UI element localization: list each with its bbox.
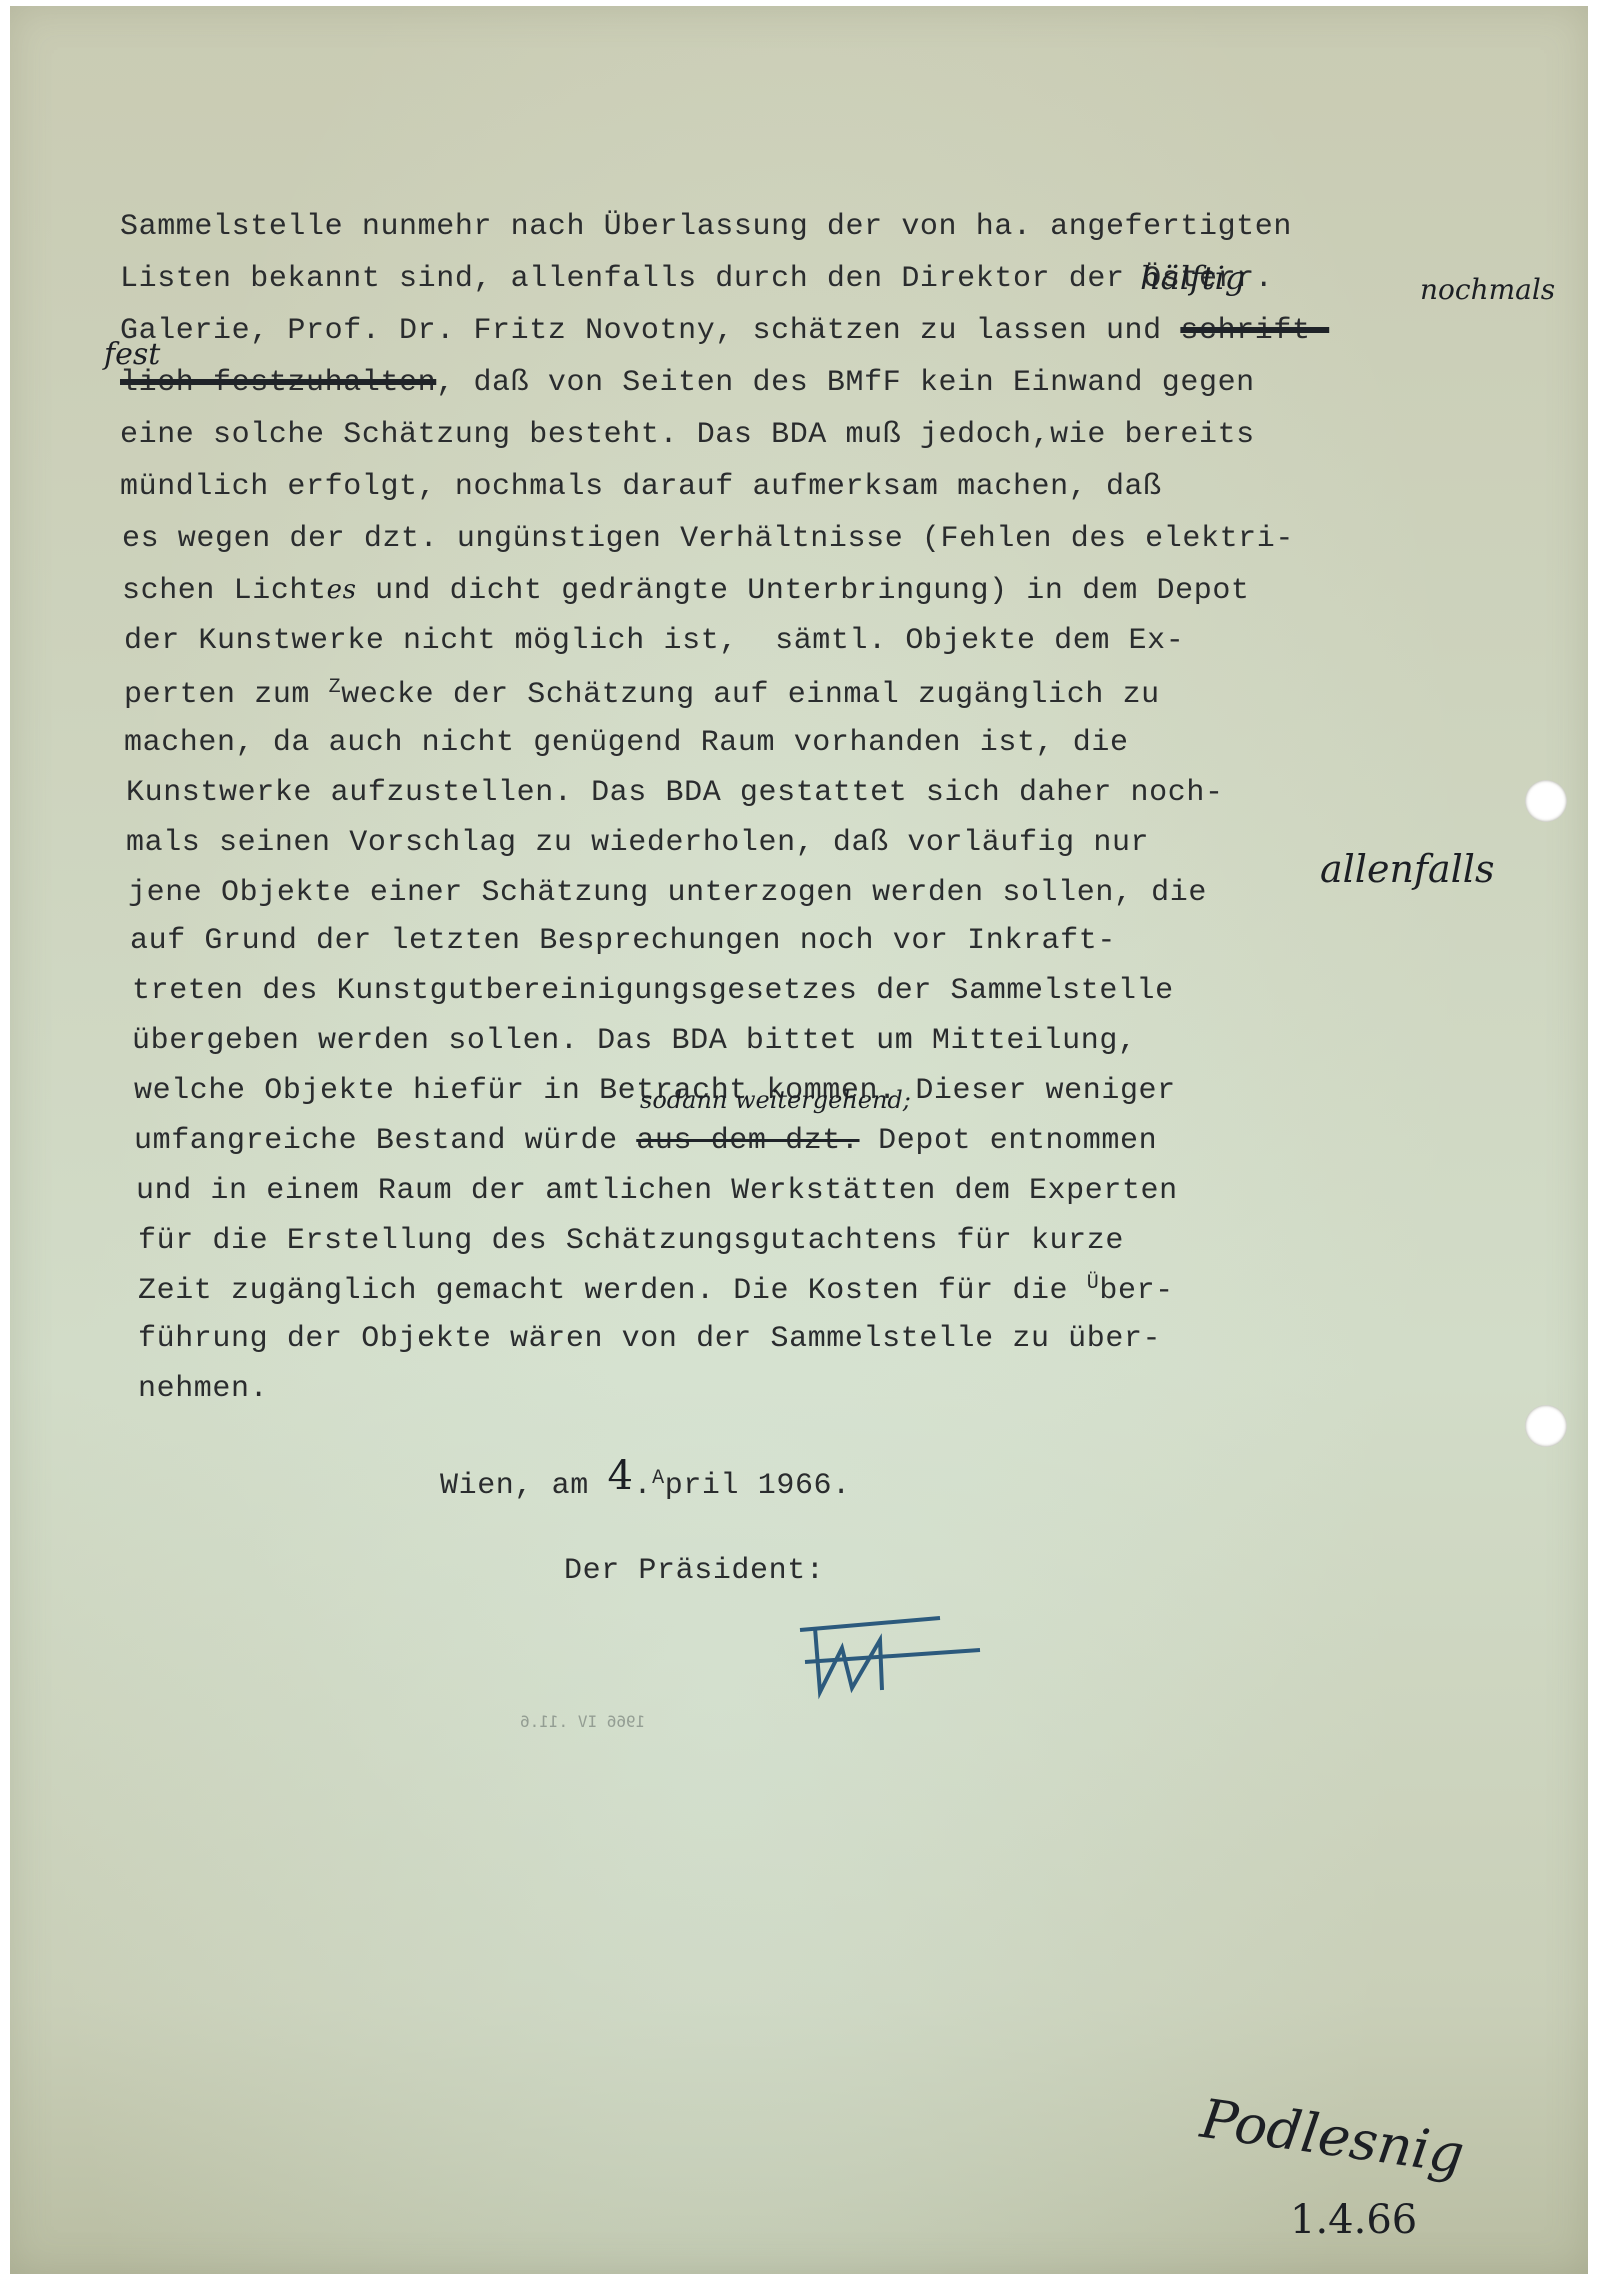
text-line-11: machen, da auch nicht genügend Raum vorh… — [124, 728, 1129, 758]
text-line-13: mals seinen Vorschlag zu wiederholen, da… — [126, 828, 1149, 858]
text-line-4: lich festzuhalten, daß von Seiten des BM… — [120, 368, 1255, 398]
text-line-1: Sammelstelle nunmehr nach Überlassung de… — [120, 212, 1292, 242]
signatory-title: Der Präsident: — [564, 1556, 824, 1586]
text-line-21: für die Erstellung des Schätzungsgutacht… — [138, 1226, 1124, 1256]
handwritten-insertion: sodann weitergehend; — [640, 1088, 911, 1112]
text-line-12: Kunstwerke aufzustellen. Das BDA gestatt… — [126, 778, 1224, 808]
punch-hole — [1525, 1405, 1567, 1447]
handwritten-margin-note: allenfalls — [1320, 850, 1494, 888]
text-line-16: treten des Kunstgutbereinigungsgesetzes … — [132, 976, 1174, 1006]
president-signature: Fst — [790, 1610, 990, 1700]
text-line-3: Galerie, Prof. Dr. Fritz Novotny, schätz… — [120, 316, 1329, 346]
handwritten-correction: es — [327, 575, 357, 605]
text-line-15: auf Grund der letzten Besprechungen noch… — [130, 926, 1116, 956]
text-line-24: nehmen. — [138, 1374, 268, 1404]
text-line-9: der Kunstwerke nicht möglich ist, sämtl.… — [124, 626, 1184, 656]
struck-text: schrift- — [1180, 314, 1329, 348]
handwritten-insertion: fest — [104, 340, 160, 370]
text-line-6: mündlich erfolgt, nochmals darauf aufmer… — [120, 472, 1162, 502]
place-date-line: Wien, am 4.April 1966. — [440, 1460, 851, 1501]
struck-text: lich festzuhalten — [120, 366, 436, 400]
handwritten-insertion: hälftig — [1140, 262, 1245, 294]
text-line-8: schen Lichtes und dicht gedrängte Unterb… — [122, 576, 1250, 606]
text-line-7: es wegen der dzt. ungünstigen Verhältnis… — [122, 524, 1294, 554]
text-line-23: führung der Objekte wären von der Sammel… — [138, 1324, 1161, 1354]
bleed-through-text: 1966 IV .11.6 — [520, 1712, 645, 1731]
text-line-22: Zeit zugänglich gemacht werden. Die Kost… — [138, 1274, 1174, 1306]
punch-hole — [1525, 780, 1567, 822]
text-line-5: eine solche Schätzung besteht. Das BDA m… — [120, 420, 1255, 450]
struck-text: aus dem dzt. — [636, 1124, 859, 1158]
text-line-14: jene Objekte einer Schätzung unterzogen … — [128, 878, 1207, 908]
handwritten-date: 1.4.66 — [1290, 2200, 1417, 2240]
handwritten-margin-note: nochmals — [1420, 276, 1555, 304]
handwritten-day: 4 — [607, 1453, 633, 1499]
signature-graphic — [790, 1610, 990, 1700]
text-line-17: übergeben werden sollen. Das BDA bittet … — [132, 1026, 1137, 1056]
text-line-19: umfangreiche Bestand würde aus dem dzt. … — [134, 1126, 1157, 1156]
text-line-3-main: Galerie, Prof. Dr. Fritz Novotny, schätz… — [120, 314, 1180, 348]
text-line-2: Listen bekannt sind, allenfalls durch de… — [120, 264, 1273, 294]
text-line-10: perten zum Zwecke der Schätzung auf einm… — [124, 678, 1160, 710]
text-line-20: und in einem Raum der amtlichen Werkstät… — [136, 1176, 1178, 1206]
